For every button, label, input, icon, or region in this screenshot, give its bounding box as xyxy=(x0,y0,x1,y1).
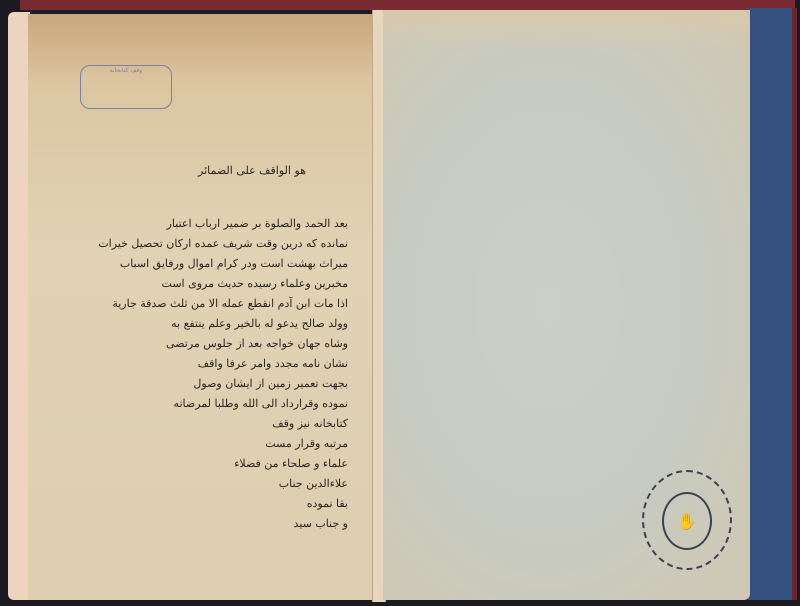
text-line: اذا مات ابن آدم انقطع عمله الا من ثلث صد… xyxy=(98,294,348,314)
text-line: بجهت تعمیر زمین از ایشان وصول xyxy=(98,374,348,394)
text-line: نموده وقرارداد الی الله وطلبا لمرضاته xyxy=(98,394,348,414)
text-line: مرتبه وقرار مست xyxy=(98,434,348,454)
manuscript-text: بعد الحمد والصلوة بر ضمیر ارباب اعتبار ن… xyxy=(98,214,348,574)
text-line: وشاه جهان خواجه بعد از جلوس مرتضی xyxy=(98,334,348,354)
text-line: نشان نامه مجدد وامر عرفا واقف xyxy=(98,354,348,374)
seal-stamp: ✋ xyxy=(642,470,732,570)
text-line: علماء و صلحاء من فضلاء xyxy=(98,454,348,474)
text-line: کتابخانه نیز وقف xyxy=(98,414,348,434)
book-cover-blue xyxy=(748,8,797,600)
text-line: وولد صالح يدعو له بالخير وعلم ينتفع به xyxy=(98,314,348,334)
left-page: وقف کتابخانه هو الواقف على الضمائر بعد ا… xyxy=(28,14,373,600)
library-stamp: وقف کتابخانه xyxy=(80,65,172,109)
page-header: هو الواقف على الضمائر xyxy=(198,164,306,177)
library-stamp-text: وقف کتابخانه xyxy=(110,67,143,74)
text-line: نمانده که درین وقت شریف عمده ارکان تحصیل… xyxy=(98,234,348,254)
text-line: مخبرین وعلماء رسیده حدیث مروی است xyxy=(98,274,348,294)
text-line: بقا نموده xyxy=(98,494,348,514)
text-line: و جناب سید xyxy=(98,514,348,534)
book-cover-edge xyxy=(20,0,795,10)
text-line: میراث بهشت است ودر کرام اموال ورفایق اسب… xyxy=(98,254,348,274)
text-line: بعد الحمد والصلوة بر ضمیر ارباب اعتبار xyxy=(98,214,348,234)
left-page-edge xyxy=(8,12,30,600)
text-line: علاءالدین جناب xyxy=(98,474,348,494)
manuscript-photo: وقف کتابخانه هو الواقف على الضمائر بعد ا… xyxy=(0,0,800,606)
hand-emblem-icon: ✋ xyxy=(662,492,712,550)
